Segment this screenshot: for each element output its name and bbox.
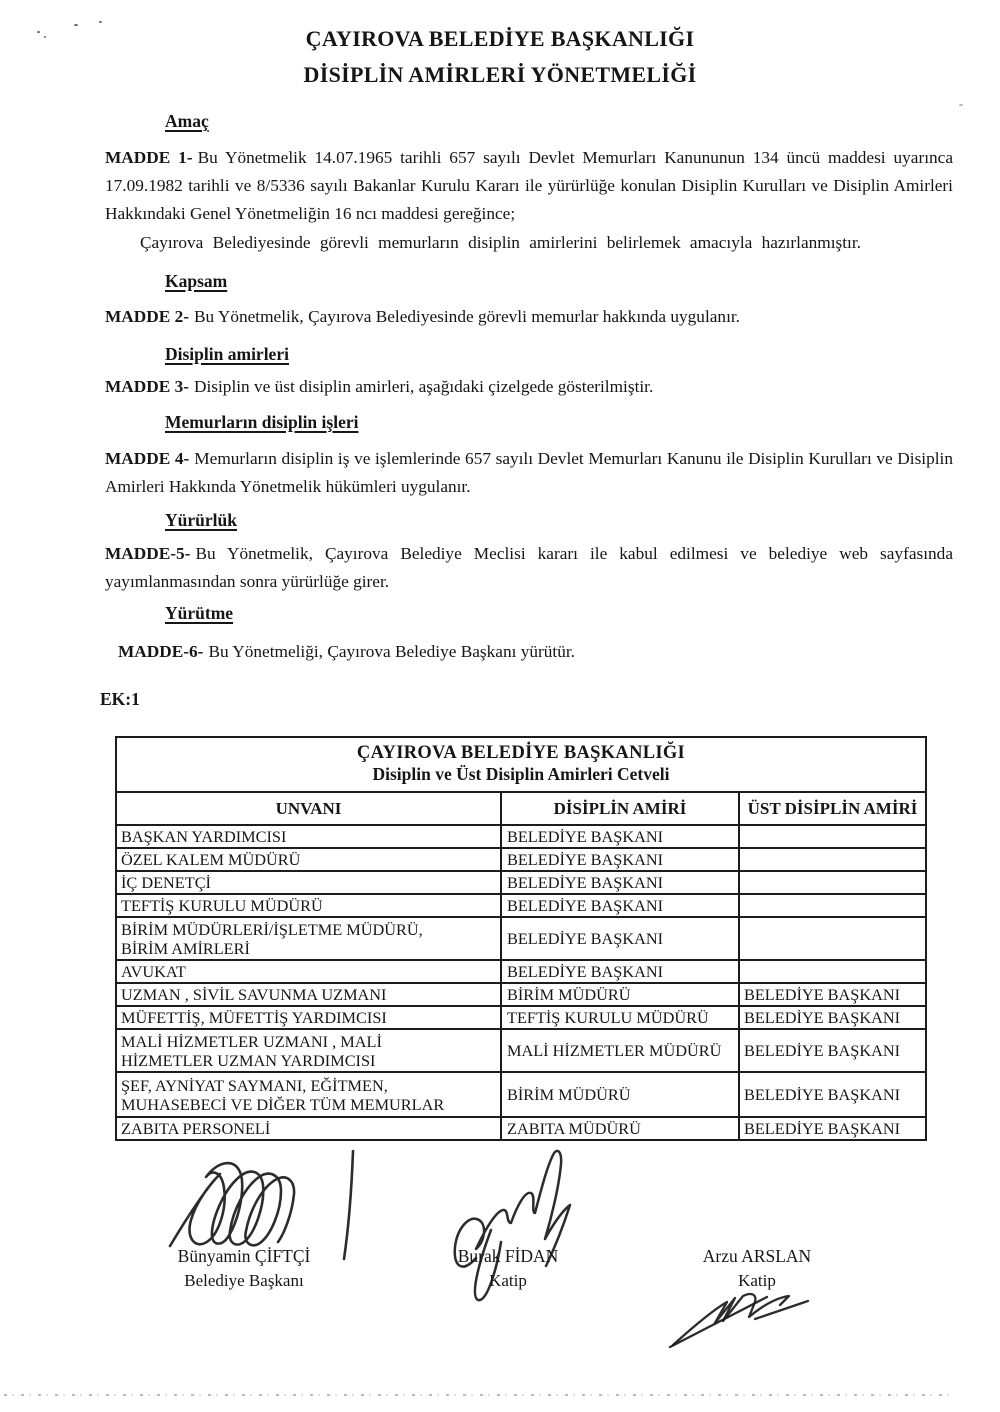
section-heading-yururluk: Yürürlük xyxy=(165,510,237,531)
section-heading-kapsam: Kapsam xyxy=(165,271,227,292)
table-row: ZABITA PERSONELİZABITA MÜDÜRÜBELEDİYE BA… xyxy=(116,1117,926,1140)
signer-role-2: Katip xyxy=(438,1271,578,1291)
signer-role-3: Katip xyxy=(678,1271,836,1291)
paragraph-madde-5: MADDE-5-Bu Yönetmelik, Çayırova Belediye… xyxy=(105,540,953,596)
table-row: AVUKATBELEDİYE BAŞKANI xyxy=(116,960,926,983)
madde-5-text: Bu Yönetmelik, Çayırova Belediye Meclisi… xyxy=(105,544,953,591)
document-title-line1: ÇAYIROVA BELEDİYE BAŞKANLIĞI xyxy=(0,26,1000,52)
table-title-line2: Disiplin ve Üst Disiplin Amirleri Cetvel… xyxy=(117,764,925,785)
section-heading-yurutme: Yürütme xyxy=(165,603,233,624)
cell-ust-amir xyxy=(739,917,926,960)
cell-ust-amir: BELEDİYE BAŞKANI xyxy=(739,1117,926,1140)
cell-ust-amir: BELEDİYE BAŞKANI xyxy=(739,1072,926,1117)
table-title-line1: ÇAYIROVA BELEDİYE BAŞKANLIĞI xyxy=(117,743,925,764)
signer-name-3: Arzu ARSLAN xyxy=(678,1246,836,1267)
cell-unvan: BAŞKAN YARDIMCISI xyxy=(116,825,501,848)
paragraph-madde-1: MADDE 1-Bu Yönetmelik 14.07.1965 tarihli… xyxy=(105,144,953,228)
table-row: ŞEF, AYNİYAT SAYMANI, EĞİTMEN, MUHASEBEC… xyxy=(116,1072,926,1117)
table-header-row: UNVANI DİSİPLİN AMİRİ ÜST DİSİPLİN AMİRİ xyxy=(116,792,926,825)
column-header-disiplin-amiri: DİSİPLİN AMİRİ xyxy=(501,792,739,825)
table-row: İÇ DENETÇİBELEDİYE BAŞKANI xyxy=(116,871,926,894)
signature-scribble-arzu xyxy=(668,1288,814,1350)
scan-speck xyxy=(959,104,963,106)
cell-ust-amir xyxy=(739,894,926,917)
section-heading-amac: Amaç xyxy=(165,111,209,132)
madde-2-text: Bu Yönetmelik, Çayırova Belediyesinde gö… xyxy=(194,307,740,326)
signer-role-1: Belediye Başkanı xyxy=(158,1271,330,1291)
madde-5-label: MADDE-5- xyxy=(105,544,190,563)
cell-ust-amir xyxy=(739,848,926,871)
cell-amir: BELEDİYE BAŞKANI xyxy=(501,848,739,871)
cell-amir: BELEDİYE BAŞKANI xyxy=(501,825,739,848)
madde-4-label: MADDE 4- xyxy=(105,449,189,468)
signer-name-1: Bünyamin ÇİFTÇİ xyxy=(158,1246,330,1267)
cell-ust-amir xyxy=(739,825,926,848)
cell-amir: BELEDİYE BAŞKANI xyxy=(501,960,739,983)
table-row: MÜFETTİŞ, MÜFETTİŞ YARDIMCISITEFTİŞ KURU… xyxy=(116,1006,926,1029)
madde-6-label: MADDE-6- xyxy=(118,642,203,661)
cell-unvan: ÖZEL KALEM MÜDÜRÜ xyxy=(116,848,501,871)
table-row: TEFTİŞ KURULU MÜDÜRÜBELEDİYE BAŞKANI xyxy=(116,894,926,917)
cell-unvan: TEFTİŞ KURULU MÜDÜRÜ xyxy=(116,894,501,917)
cell-amir: ZABITA MÜDÜRÜ xyxy=(501,1117,739,1140)
madde-6-text: Bu Yönetmeliği, Çayırova Belediye Başkan… xyxy=(208,642,575,661)
table-row: ÖZEL KALEM MÜDÜRÜBELEDİYE BAŞKANI xyxy=(116,848,926,871)
cell-amir: BELEDİYE BAŞKANI xyxy=(501,917,739,960)
table-row: UZMAN , SİVİL SAVUNMA UZMANIBİRİM MÜDÜRÜ… xyxy=(116,983,926,1006)
cell-unvan: AVUKAT xyxy=(116,960,501,983)
section-heading-memurlarin-disiplin-isleri: Memurların disiplin işleri xyxy=(165,412,358,433)
cell-unvan: BİRİM MÜDÜRLERİ/İŞLETME MÜDÜRÜ, BİRİM AM… xyxy=(116,917,501,960)
column-header-unvani: UNVANI xyxy=(116,792,501,825)
paragraph-madde-2: MADDE 2-Bu Yönetmelik, Çayırova Belediye… xyxy=(105,303,953,331)
cell-unvan: UZMAN , SİVİL SAVUNMA UZMANI xyxy=(116,983,501,1006)
cell-amir: BELEDİYE BAŞKANI xyxy=(501,871,739,894)
disiplin-amirleri-table: ÇAYIROVA BELEDİYE BAŞKANLIĞI Disiplin ve… xyxy=(115,736,927,1141)
madde-1-text: Bu Yönetmelik 14.07.1965 tarihli 657 say… xyxy=(105,148,953,223)
madde-3-label: MADDE 3- xyxy=(105,377,189,396)
cell-unvan: İÇ DENETÇİ xyxy=(116,871,501,894)
cell-unvan: MALİ HİZMETLER UZMANI , MALİ HİZMETLER U… xyxy=(116,1029,501,1072)
madde-3-text: Disiplin ve üst disiplin amirleri, aşağı… xyxy=(194,377,653,396)
table-row: BAŞKAN YARDIMCISIBELEDİYE BAŞKANI xyxy=(116,825,926,848)
cell-amir: BİRİM MÜDÜRÜ xyxy=(501,983,739,1006)
cell-amir: BELEDİYE BAŞKANI xyxy=(501,894,739,917)
madde-1-label: MADDE 1- xyxy=(105,148,193,167)
cell-ust-amir: BELEDİYE BAŞKANI xyxy=(739,1029,926,1072)
cell-unvan: ŞEF, AYNİYAT SAYMANI, EĞİTMEN, MUHASEBEC… xyxy=(116,1072,501,1117)
madde-4-text: Memurların disiplin iş ve işlemlerinde 6… xyxy=(105,449,953,496)
paragraph-madde-4: MADDE 4-Memurların disiplin iş ve işleml… xyxy=(105,445,953,501)
table-row: BİRİM MÜDÜRLERİ/İŞLETME MÜDÜRÜ, BİRİM AM… xyxy=(116,917,926,960)
cell-ust-amir: BELEDİYE BAŞKANI xyxy=(739,1006,926,1029)
cell-unvan: MÜFETTİŞ, MÜFETTİŞ YARDIMCISI xyxy=(116,1006,501,1029)
cell-amir: BİRİM MÜDÜRÜ xyxy=(501,1072,739,1117)
cell-unvan: ZABITA PERSONELİ xyxy=(116,1117,501,1140)
table-title-row: ÇAYIROVA BELEDİYE BAŞKANLIĞI Disiplin ve… xyxy=(116,737,926,792)
cell-ust-amir xyxy=(739,871,926,894)
cell-ust-amir: BELEDİYE BAŞKANI xyxy=(739,983,926,1006)
column-header-ust-disiplin-amiri: ÜST DİSİPLİN AMİRİ xyxy=(739,792,926,825)
table-row: MALİ HİZMETLER UZMANI , MALİ HİZMETLER U… xyxy=(116,1029,926,1072)
document-page: ÇAYIROVA BELEDİYE BAŞKANLIĞI DİSİPLİN AM… xyxy=(0,0,1000,1412)
paragraph-madde-6: MADDE-6-Bu Yönetmeliği, Çayırova Belediy… xyxy=(118,638,953,666)
signer-name-2: Burak FİDAN xyxy=(438,1246,578,1267)
attachment-label: EK:1 xyxy=(100,689,140,710)
cell-ust-amir xyxy=(739,960,926,983)
scan-artifact-line xyxy=(4,1394,956,1396)
cell-amir: MALİ HİZMETLER MÜDÜRÜ xyxy=(501,1029,739,1072)
paragraph-amac-purpose: Çayırova Belediyesinde görevli memurları… xyxy=(140,229,950,257)
document-title-line2: DİSİPLİN AMİRLERİ YÖNETMELİĞİ xyxy=(0,62,1000,88)
section-heading-disiplin-amirleri: Disiplin amirleri xyxy=(165,344,289,365)
madde-2-label: MADDE 2- xyxy=(105,307,189,326)
scan-speck xyxy=(99,21,102,23)
cell-amir: TEFTİŞ KURULU MÜDÜRÜ xyxy=(501,1006,739,1029)
paragraph-madde-3: MADDE 3-Disiplin ve üst disiplin amirler… xyxy=(105,373,953,401)
